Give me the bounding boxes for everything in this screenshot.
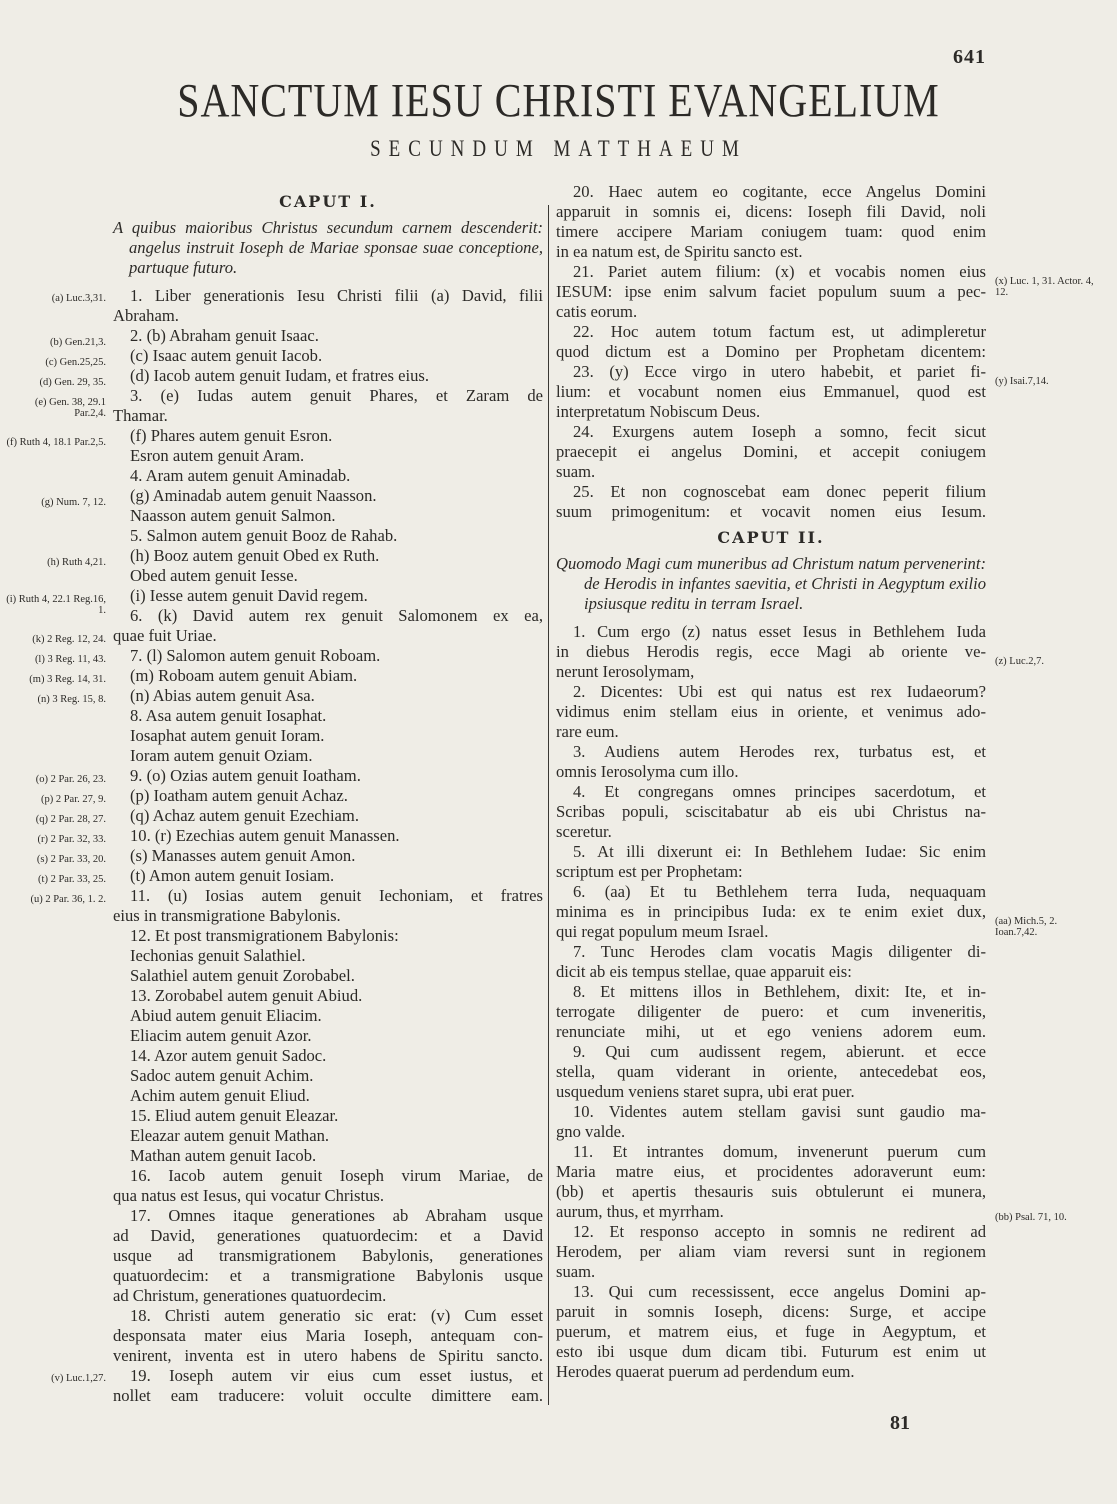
verse-line: usquedum veniens staret supra, ubi erat … xyxy=(556,1082,986,1102)
verse-line: puerum, et matrem eius, et fuge in Aegyp… xyxy=(556,1322,986,1342)
verse-line: renunciate mihi, ut et ego veniens adore… xyxy=(556,1022,986,1042)
verse-line: (c) Isaac autem genuit Iacob. xyxy=(113,346,543,366)
verse-line: Herodem, per aliam viam reversi sunt in … xyxy=(556,1242,986,1262)
verse-line: Esron autem genuit Aram. xyxy=(113,446,543,466)
verse-line: Obed autem genuit Iesse. xyxy=(113,566,543,586)
verse-line: Thamar. xyxy=(113,406,543,426)
margin-note: (v) Luc.1,27. xyxy=(2,1373,106,1384)
verse-line: 12. Et responso accepto in somnis ne red… xyxy=(556,1222,986,1242)
verse-line: rare eum. xyxy=(556,722,986,742)
margin-note: (l) 3 Reg. 11, 43. xyxy=(2,654,106,665)
verse-line: 3. Audiens autem Herodes rex, turbatus e… xyxy=(556,742,986,762)
margin-note: (s) 2 Par. 33, 20. xyxy=(2,854,106,865)
margin-note: (u) 2 Par. 36, 1. 2. xyxy=(2,894,106,905)
verse-line: lium: et vocabunt nomen eius Emmanuel, q… xyxy=(556,382,986,402)
left-column: CAPUT I. A quibus maioribus Christus sec… xyxy=(113,190,543,1406)
verse-lines: 1. Liber generationis Iesu Christi filii… xyxy=(113,286,543,1406)
verse-line: desponsata mater eius Maria Ioseph, ante… xyxy=(113,1326,543,1346)
margin-note: (k) 2 Reg. 12, 24. xyxy=(2,634,106,645)
verse-line: terrogate diligenter de puero: et cum in… xyxy=(556,1002,986,1022)
verse-line: interpretatum Nobiscum Deus. xyxy=(556,402,986,422)
verse-line: 23. (y) Ecce virgo in utero habebit, et … xyxy=(556,362,986,382)
verse-line: nerunt Ierosolymam, xyxy=(556,662,986,682)
verse-line: 9. Qui cum audissent regem, abierunt. et… xyxy=(556,1042,986,1062)
verse-lines: 20. Haec autem eo cogitante, ecce Angelu… xyxy=(556,182,986,522)
verse-line: quod dictum est a Domino per Prophetam d… xyxy=(556,342,986,362)
verse-line: Scribas populi, sciscitabatur ab eis ubi… xyxy=(556,802,986,822)
margin-note: (q) 2 Par. 28, 27. xyxy=(2,814,106,825)
verse-line: 1. Cum ergo (z) natus esset Iesus in Bet… xyxy=(556,622,986,642)
right-column: 20. Haec autem eo cogitante, ecce Angelu… xyxy=(556,182,986,1382)
verse-line: (q) Achaz autem genuit Ezechiam. xyxy=(113,806,543,826)
verse-line: nollet eam traducere: voluit occulte dim… xyxy=(113,1386,543,1406)
verse-line: Eliacim autem genuit Azor. xyxy=(113,1026,543,1046)
verse-line: (n) Abias autem genuit Asa. xyxy=(113,686,543,706)
verse-line: 6. (aa) Et tu Bethlehem terra Iuda, nequ… xyxy=(556,882,986,902)
verse-line: 13. Qui cum recessissent, ecce angelus D… xyxy=(556,1282,986,1302)
verse-line: 3. (e) Iudas autem genuit Phares, et Zar… xyxy=(113,386,543,406)
verse-line: esto ibi usque dum dicam tibi. Futurum e… xyxy=(556,1342,986,1362)
verse-line: 18. Christi autem generatio sic erat: (v… xyxy=(113,1306,543,1326)
margin-note: (b) Gen.21,3. xyxy=(2,337,106,348)
margin-note: (r) 2 Par. 32, 33. xyxy=(2,834,106,845)
verse-line: gno valde. xyxy=(556,1122,986,1142)
verse-line: (p) Ioatham autem genuit Achaz. xyxy=(113,786,543,806)
chapter-heading: CAPUT II. xyxy=(556,528,986,548)
verse-line: 14. Azor autem genuit Sadoc. xyxy=(113,1046,543,1066)
verse-line: 19. Ioseph autem vir eius cum esset iust… xyxy=(113,1366,543,1386)
verse-line: (i) Iesse autem genuit David regem. xyxy=(113,586,543,606)
chapter-summary: Quomodo Magi cum muneribus ad Christum n… xyxy=(556,554,986,614)
verse-line: (g) Aminadab autem genuit Naasson. xyxy=(113,486,543,506)
verse-line: 8. Asa autem genuit Iosaphat. xyxy=(113,706,543,726)
verse-line: Salathiel autem genuit Zorobabel. xyxy=(113,966,543,986)
verse-line: 2. Dicentes: Ubi est qui natus est rex I… xyxy=(556,682,986,702)
page-subtitle: SECUNDUM MATTHAEUM xyxy=(0,137,1117,163)
verse-line: eius in transmigratione Babylonis. xyxy=(113,906,543,926)
verse-line: minima es in principibus Iuda: ex te eni… xyxy=(556,902,986,922)
margin-note: (y) Isai.7,14. xyxy=(995,376,1099,387)
page-number: 641 xyxy=(953,46,986,69)
verse-line: Maria matre eius, et procidentes adorave… xyxy=(556,1162,986,1182)
verse-line: Eleazar autem genuit Mathan. xyxy=(113,1126,543,1146)
verse-line: Mathan autem genuit Iacob. xyxy=(113,1146,543,1166)
verse-line: apparuit in somnis ei, dicens: Ioseph fi… xyxy=(556,202,986,222)
verse-line: Iosaphat autem genuit Ioram. xyxy=(113,726,543,746)
margin-note: (aa) Mich.5, 2. Ioan.7,42. xyxy=(995,916,1099,938)
verse-line: 1. Liber generationis Iesu Christi filii… xyxy=(113,286,543,306)
verse-line: 7. Tunc Herodes clam vocatis Magis dilig… xyxy=(556,942,986,962)
margin-note: (i) Ruth 4, 22.1 Reg.16, 1. xyxy=(2,594,106,616)
verse-line: 7. (l) Salomon autem genuit Roboam. xyxy=(113,646,543,666)
verse-line: IESUM: ipse enim salvum faciet populum s… xyxy=(556,282,986,302)
verse-line: 8. Et mittens illos in Bethlehem, dixit:… xyxy=(556,982,986,1002)
margin-note: (z) Luc.2,7. xyxy=(995,656,1099,667)
chapter-heading: CAPUT I. xyxy=(113,192,543,212)
verse-line: (s) Manasses autem genuit Amon. xyxy=(113,846,543,866)
verse-line: Ioram autem genuit Oziam. xyxy=(113,746,543,766)
verse-line: suam. xyxy=(556,1262,986,1282)
verse-line: in ea natum est, de Spiritu sancto est. xyxy=(556,242,986,262)
verse-lines: 1. Cum ergo (z) natus esset Iesus in Bet… xyxy=(556,622,986,1382)
margin-note: (x) Luc. 1, 31. Actor. 4, 12. xyxy=(995,276,1099,298)
verse-line: aurum, thus, et myrrham. xyxy=(556,1202,986,1222)
margin-note: (a) Luc.3,31. xyxy=(2,293,106,304)
verse-line: 10. Videntes autem stellam gavisi sunt g… xyxy=(556,1102,986,1122)
verse-line: quae fuit Uriae. xyxy=(113,626,543,646)
verse-line: vidimus enim stellam eius in oriente, et… xyxy=(556,702,986,722)
verse-line: 13. Zorobabel autem genuit Abiud. xyxy=(113,986,543,1006)
verse-line: (t) Amon autem genuit Iosiam. xyxy=(113,866,543,886)
verse-line: 5. At illi dixerunt ei: In Bethlehem Iud… xyxy=(556,842,986,862)
verse-line: Herodes quaerat puerum ad perdendum eum. xyxy=(556,1362,986,1382)
verse-line: stella, quam viderant in oriente, antece… xyxy=(556,1062,986,1082)
margin-note: (g) Num. 7, 12. xyxy=(2,497,106,508)
verse-line: 16. Iacob autem genuit Ioseph virum Mari… xyxy=(113,1166,543,1186)
verse-line: 22. Hoc autem totum factum est, ut adimp… xyxy=(556,322,986,342)
verse-line: 4. Et congregans omnes principes sacerdo… xyxy=(556,782,986,802)
verse-line: suum primogenitum: et vocavit nomen eius… xyxy=(556,502,986,522)
verse-line: venirent, inventa est in utero habens de… xyxy=(113,1346,543,1366)
verse-line: quatuordecim: et a transmigratione Babyl… xyxy=(113,1266,543,1286)
column-divider xyxy=(548,205,549,1405)
margin-note: (m) 3 Reg. 14, 31. xyxy=(2,674,106,685)
verse-line: 20. Haec autem eo cogitante, ecce Angelu… xyxy=(556,182,986,202)
verse-line: 6. (k) David autem rex genuit Salomonem … xyxy=(113,606,543,626)
verse-line: praecepit ei angelus Domini, et accepit … xyxy=(556,442,986,462)
verse-line: qua natus est Iesus, qui vocatur Christu… xyxy=(113,1186,543,1206)
verse-line: 5. Salmon autem genuit Booz de Rahab. xyxy=(113,526,543,546)
margin-note: (bb) Psal. 71, 10. xyxy=(995,1212,1099,1223)
verse-line: 10. (r) Ezechias autem genuit Manassen. xyxy=(113,826,543,846)
verse-line: Iechonias genuit Salathiel. xyxy=(113,946,543,966)
verse-line: 24. Exurgens autem Ioseph a somno, fecit… xyxy=(556,422,986,442)
verse-line: ad David, generationes quatuordecim: et … xyxy=(113,1226,543,1246)
verse-line: timere accipere Mariam coniugem tuam: qu… xyxy=(556,222,986,242)
margin-note: (t) 2 Par. 33, 25. xyxy=(2,874,106,885)
verse-line: ad Christum, generationes quatuordecim. xyxy=(113,1286,543,1306)
margin-note: (p) 2 Par. 27, 9. xyxy=(2,794,106,805)
margin-note: (n) 3 Reg. 15, 8. xyxy=(2,694,106,705)
verse-line: scriptum est per Prophetam: xyxy=(556,862,986,882)
verse-line: usque ad transmigrationem Babylonis, gen… xyxy=(113,1246,543,1266)
verse-line: 12. Et post transmigrationem Babylonis: xyxy=(113,926,543,946)
verse-line: (m) Roboam autem genuit Abiam. xyxy=(113,666,543,686)
verse-line: Abraham. xyxy=(113,306,543,326)
verse-line: 11. Et intrantes domum, invenerunt pueru… xyxy=(556,1142,986,1162)
verse-line: paruit in somnis Ioseph, dicens: Surge, … xyxy=(556,1302,986,1322)
verse-line: 4. Aram autem genuit Aminadab. xyxy=(113,466,543,486)
chapter-summary: A quibus maioribus Christus secundum car… xyxy=(113,218,543,278)
verse-line: 21. Pariet autem filium: (x) et vocabis … xyxy=(556,262,986,282)
verse-line: (h) Booz autem genuit Obed ex Ruth. xyxy=(113,546,543,566)
verse-line: omnis Ierosolyma cum illo. xyxy=(556,762,986,782)
verse-line: 9. (o) Ozias autem genuit Ioatham. xyxy=(113,766,543,786)
verse-line: 11. (u) Iosias autem genuit Iechoniam, e… xyxy=(113,886,543,906)
verse-line: 17. Omnes itaque generationes ab Abraham… xyxy=(113,1206,543,1226)
margin-note: (c) Gen.25,25. xyxy=(2,357,106,368)
margin-note: (d) Gen. 29, 35. xyxy=(2,377,106,388)
verse-line: in diebus Herodis regis, ecce Magi ab or… xyxy=(556,642,986,662)
verse-line: (f) Phares autem genuit Esron. xyxy=(113,426,543,446)
margin-note: (f) Ruth 4, 18.1 Par.2,5. xyxy=(2,437,106,448)
verse-line: sceretur. xyxy=(556,822,986,842)
verse-line: 15. Eliud autem genuit Eleazar. xyxy=(113,1106,543,1126)
margin-note: (h) Ruth 4,21. xyxy=(2,557,106,568)
left-margin-notes: (a) Luc.3,31.(b) Gen.21,3.(c) Gen.25,25.… xyxy=(0,0,106,1504)
verse-line: Sadoc autem genuit Achim. xyxy=(113,1066,543,1086)
signature-number: 81 xyxy=(890,1412,910,1435)
verse-line: dicit ab eis tempus stellae, quae apparu… xyxy=(556,962,986,982)
verse-line: Abiud autem genuit Eliacim. xyxy=(113,1006,543,1026)
verse-line: qui regat populum meum Israel. xyxy=(556,922,986,942)
verse-line: 25. Et non cognoscebat eam donec peperit… xyxy=(556,482,986,502)
verse-line: Naasson autem genuit Salmon. xyxy=(113,506,543,526)
right-margin-notes: (x) Luc. 1, 31. Actor. 4, 12.(y) Isai.7,… xyxy=(995,0,1105,1504)
page-title: SANCTUM IESU CHRISTI EVANGELIUM xyxy=(0,72,1117,128)
verse-line: Achim autem genuit Eliud. xyxy=(113,1086,543,1106)
margin-note: (o) 2 Par. 26, 23. xyxy=(2,774,106,785)
verse-line: catis eorum. xyxy=(556,302,986,322)
verse-line: (d) Iacob autem genuit Iudam, et fratres… xyxy=(113,366,543,386)
margin-note: (e) Gen. 38, 29.1 Par.2,4. xyxy=(2,397,106,419)
verse-line: (bb) et apertis thesauris suis obtulerun… xyxy=(556,1182,986,1202)
verse-line: 2. (b) Abraham genuit Isaac. xyxy=(113,326,543,346)
verse-line: suam. xyxy=(556,462,986,482)
